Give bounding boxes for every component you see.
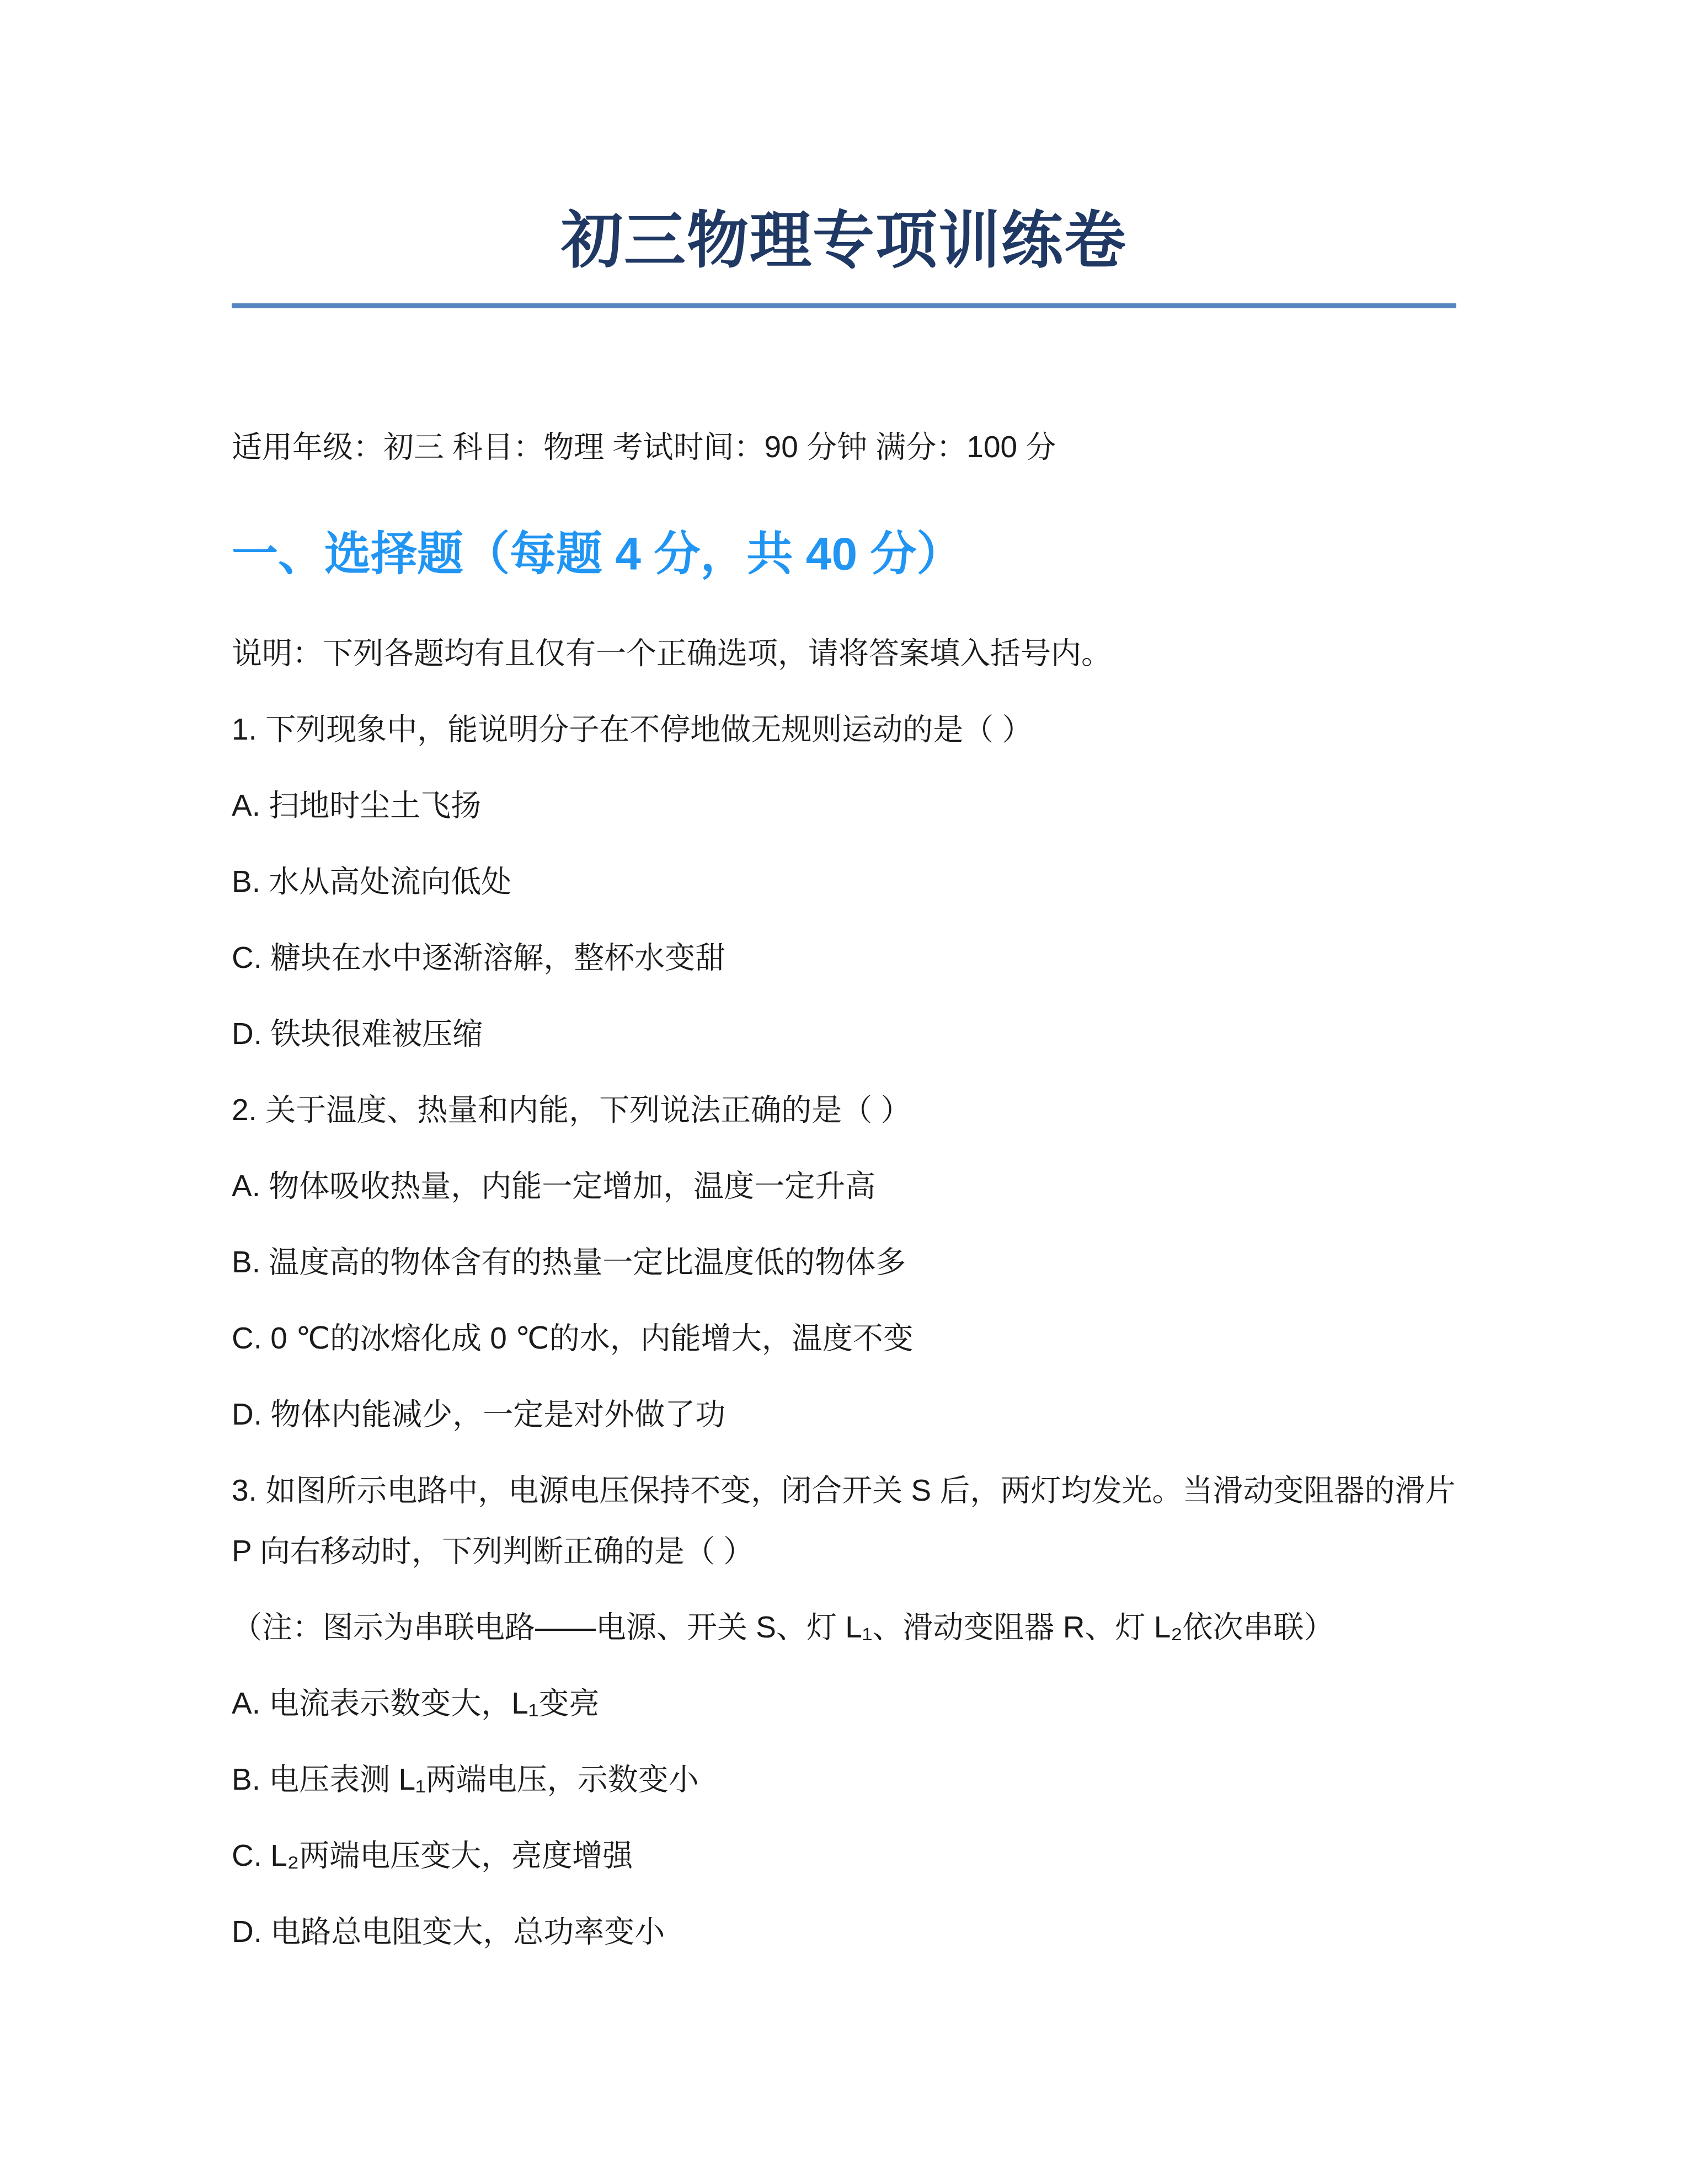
question-2-option-c: C. 0 ℃的冰熔化成 0 ℃的水，内能增大，温度不变 [232, 1308, 1456, 1368]
question-3-text: 3. 如图所示电路中，电源电压保持不变，闭合开关 S 后，两灯均发光。当滑动变阻… [232, 1460, 1456, 1581]
question-3-option-b: B. 电压表测 L₁两端电压，示数变小 [232, 1749, 1456, 1810]
question-1-option-c: C. 糖块在水中逐渐溶解，整杯水变甜 [232, 927, 1456, 988]
exam-title: 初三物理专项训练卷 [232, 204, 1456, 278]
question-3-option-c: C. L₂两端电压变大，亮度增强 [232, 1825, 1456, 1886]
question-3-option-d: D. 电路总电阻变大，总功率变小 [232, 1901, 1456, 1962]
question-2-option-a: A. 物体吸收热量，内能一定增加，温度一定升高 [232, 1155, 1456, 1216]
question-1-option-a: A. 扫地时尘土飞扬 [232, 775, 1456, 836]
question-1-option-b: B. 水从高处流向低处 [232, 851, 1456, 912]
exam-body: 说明：下列各题均有且仅有一个正确选项，请将答案填入括号内。 1. 下列现象中，能… [232, 623, 1456, 1962]
question-2-option-d: D. 物体内能减少，一定是对外做了功 [232, 1384, 1456, 1444]
section-instruction: 说明：下列各题均有且仅有一个正确选项，请将答案填入括号内。 [232, 623, 1456, 683]
question-1-option-d: D. 铁块很难被压缩 [232, 1003, 1456, 1064]
question-3-option-a: A. 电流表示数变大，L₁变亮 [232, 1673, 1456, 1733]
question-3-note: （注：图示为串联电路——电源、开关 S、灯 L₁、滑动变阻器 R、灯 L₂依次串… [232, 1597, 1456, 1657]
question-1-text: 1. 下列现象中，能说明分子在不停地做无规则运动的是（ ） [232, 699, 1456, 759]
question-2-option-b: B. 温度高的物体含有的热量一定比温度低的物体多 [232, 1232, 1456, 1292]
question-2-text: 2. 关于温度、热量和内能，下列说法正确的是（ ） [232, 1079, 1456, 1140]
title-divider-rule [232, 303, 1456, 308]
exam-meta-line: 适用年级：初三 科目：物理 考试时间：90 分钟 满分：100 分 [232, 416, 1456, 477]
exam-document-page: 初三物理专项训练卷 适用年级：初三 科目：物理 考试时间：90 分钟 满分：10… [0, 0, 1688, 2184]
section-heading-choice-questions: 一、选择题（每题 4 分，共 40 分） [232, 524, 1456, 583]
